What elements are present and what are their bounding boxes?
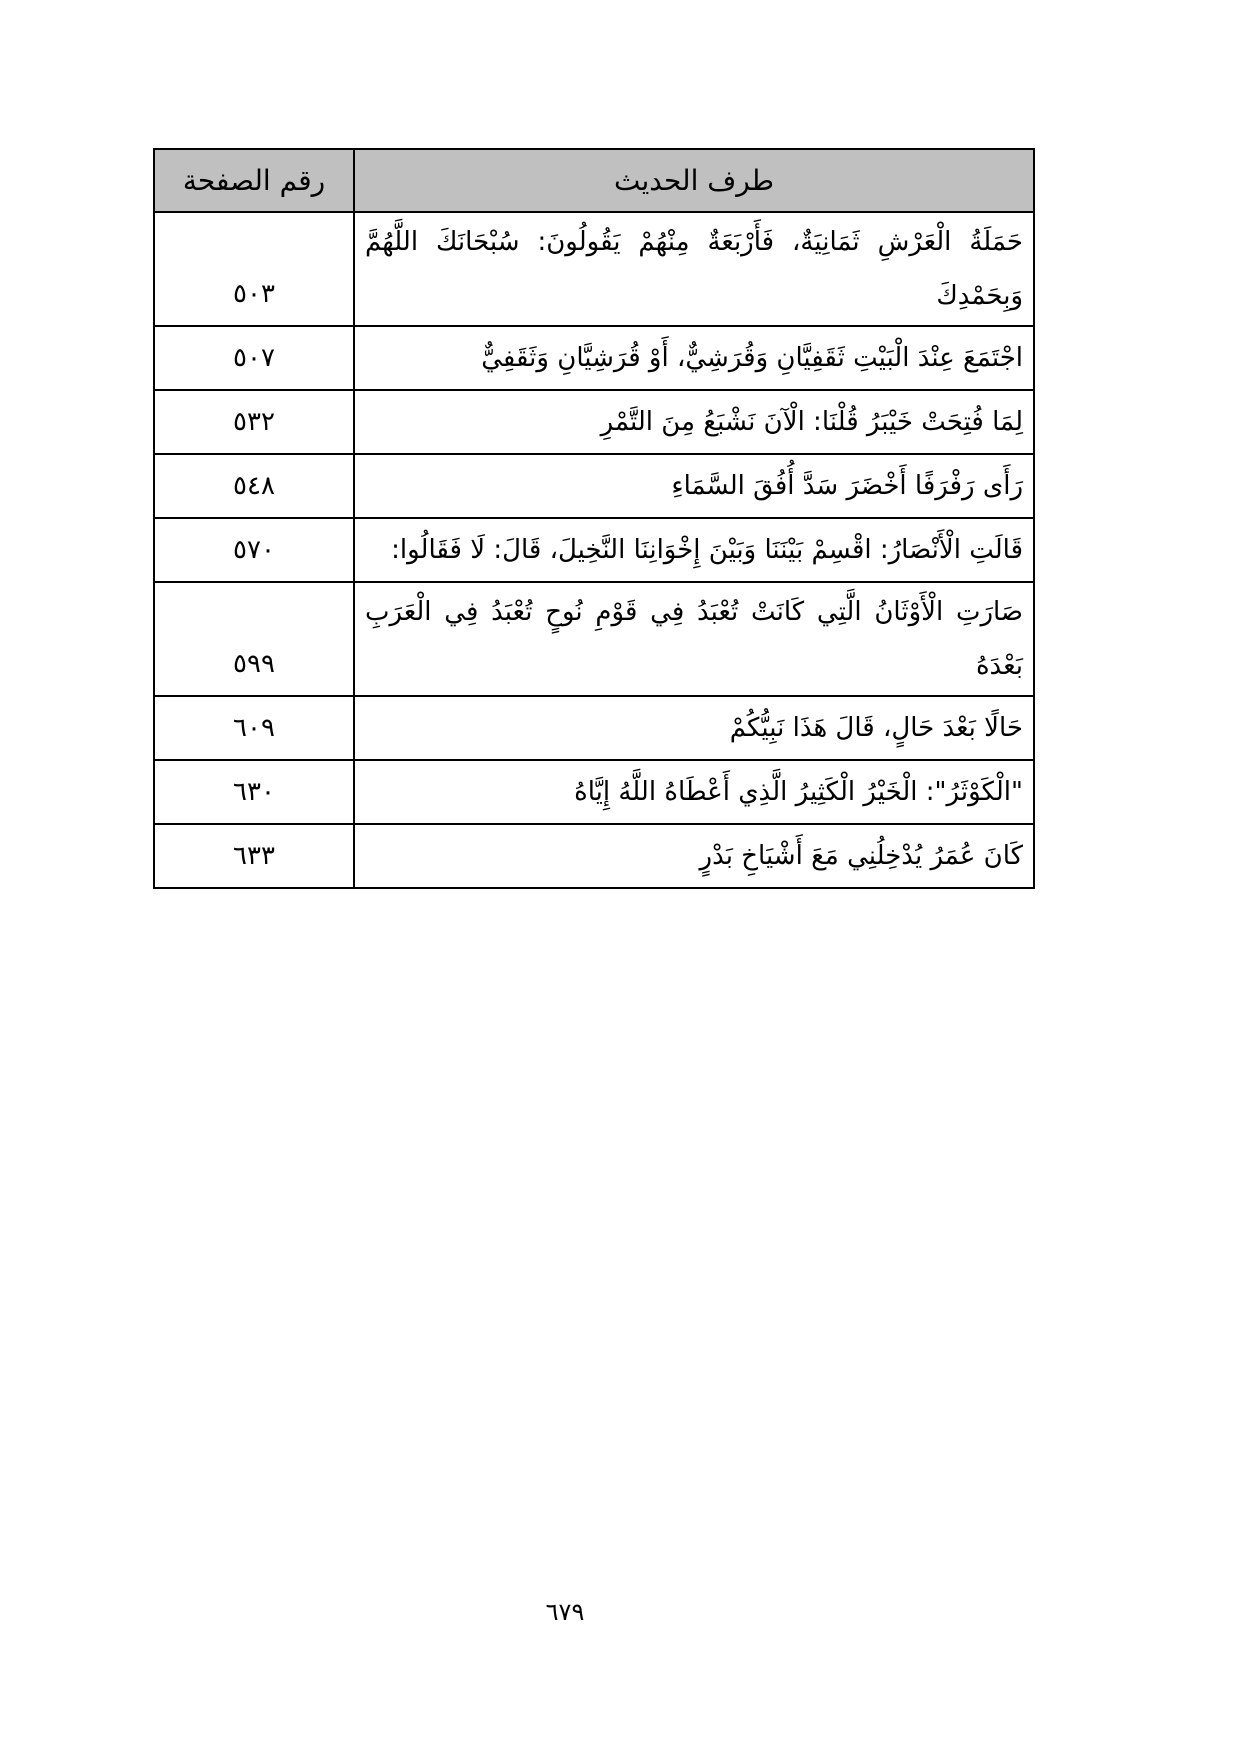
page-footer-number: ٦٧٩ — [505, 1598, 625, 1626]
hadith-text: كَانَ عُمَرُ يُدْخِلُنِي مَعَ أَشْيَاخِ … — [365, 829, 1023, 883]
table-row: اجْتَمَعَ عِنْدَ الْبَيْتِ ثَقَفِيَّانِ … — [155, 325, 1033, 389]
table-row: قَالَتِ الْأَنْصَارُ: اقْسِمْ بَيْنَنَا … — [155, 517, 1033, 581]
page-number: ٥٠٣ — [155, 213, 353, 325]
page-number: ٥٤٨ — [155, 455, 353, 517]
page-number-column-header-cell: رقم الصفحة — [155, 150, 353, 211]
page-number: ٦٠٩ — [155, 697, 353, 759]
table-row: حَالًا بَعْدَ حَالٍ، قَالَ هَذَا نَبِيُّ… — [155, 695, 1033, 759]
hadith-index-table: طرف الحديث رقم الصفحة حَمَلَةُ الْعَرْشِ… — [153, 148, 1035, 889]
hadith-text: صَارَتِ الْأَوْثَانُ الَّتِي كَانَتْ تُع… — [365, 585, 1023, 693]
hadith-column-header: طرف الحديث — [365, 152, 1023, 209]
table-row: حَمَلَةُ الْعَرْشِ ثَمَانِيَةٌ، فَأَرْبَ… — [155, 211, 1033, 325]
page-number: ٦٣٣ — [155, 825, 353, 887]
table-row: رَأَى رَفْرَفًا أَخْضَرَ سَدَّ أُفُقَ ال… — [155, 453, 1033, 517]
hadith-text: قَالَتِ الْأَنْصَارُ: اقْسِمْ بَيْنَنَا … — [365, 523, 1023, 577]
table-row: لِمَا فُتِحَتْ خَيْبَرُ قُلْنَا: الْآنَ … — [155, 389, 1033, 453]
table-row: "الْكَوْثَرُ": الْخَيْرُ الْكَثِيرُ الَّ… — [155, 759, 1033, 823]
hadith-text: اجْتَمَعَ عِنْدَ الْبَيْتِ ثَقَفِيَّانِ … — [365, 331, 1023, 385]
page-number: ٥٠٧ — [155, 327, 353, 389]
hadith-text: رَأَى رَفْرَفًا أَخْضَرَ سَدَّ أُفُقَ ال… — [365, 459, 1023, 513]
table-header-row: طرف الحديث رقم الصفحة — [155, 150, 1033, 211]
table-row: كَانَ عُمَرُ يُدْخِلُنِي مَعَ أَشْيَاخِ … — [155, 823, 1033, 887]
hadith-text: لِمَا فُتِحَتْ خَيْبَرُ قُلْنَا: الْآنَ … — [365, 395, 1023, 449]
page-number: ٥٩٩ — [155, 583, 353, 695]
hadith-text: "الْكَوْثَرُ": الْخَيْرُ الْكَثِيرُ الَّ… — [365, 765, 1023, 819]
hadith-column-header-cell: طرف الحديث — [353, 150, 1033, 211]
hadith-text: حَمَلَةُ الْعَرْشِ ثَمَانِيَةٌ، فَأَرْبَ… — [365, 215, 1023, 323]
page-number: ٦٣٠ — [155, 761, 353, 823]
table-row: صَارَتِ الْأَوْثَانُ الَّتِي كَانَتْ تُع… — [155, 581, 1033, 695]
page-number: ٥٣٢ — [155, 391, 353, 453]
page-number-column-header: رقم الصفحة — [183, 164, 325, 197]
page-number: ٥٧٠ — [155, 519, 353, 581]
hadith-text: حَالًا بَعْدَ حَالٍ، قَالَ هَذَا نَبِيُّ… — [365, 701, 1023, 755]
document-page: { "colors": { "page_bg": "#ffffff", "hea… — [0, 0, 1240, 1754]
